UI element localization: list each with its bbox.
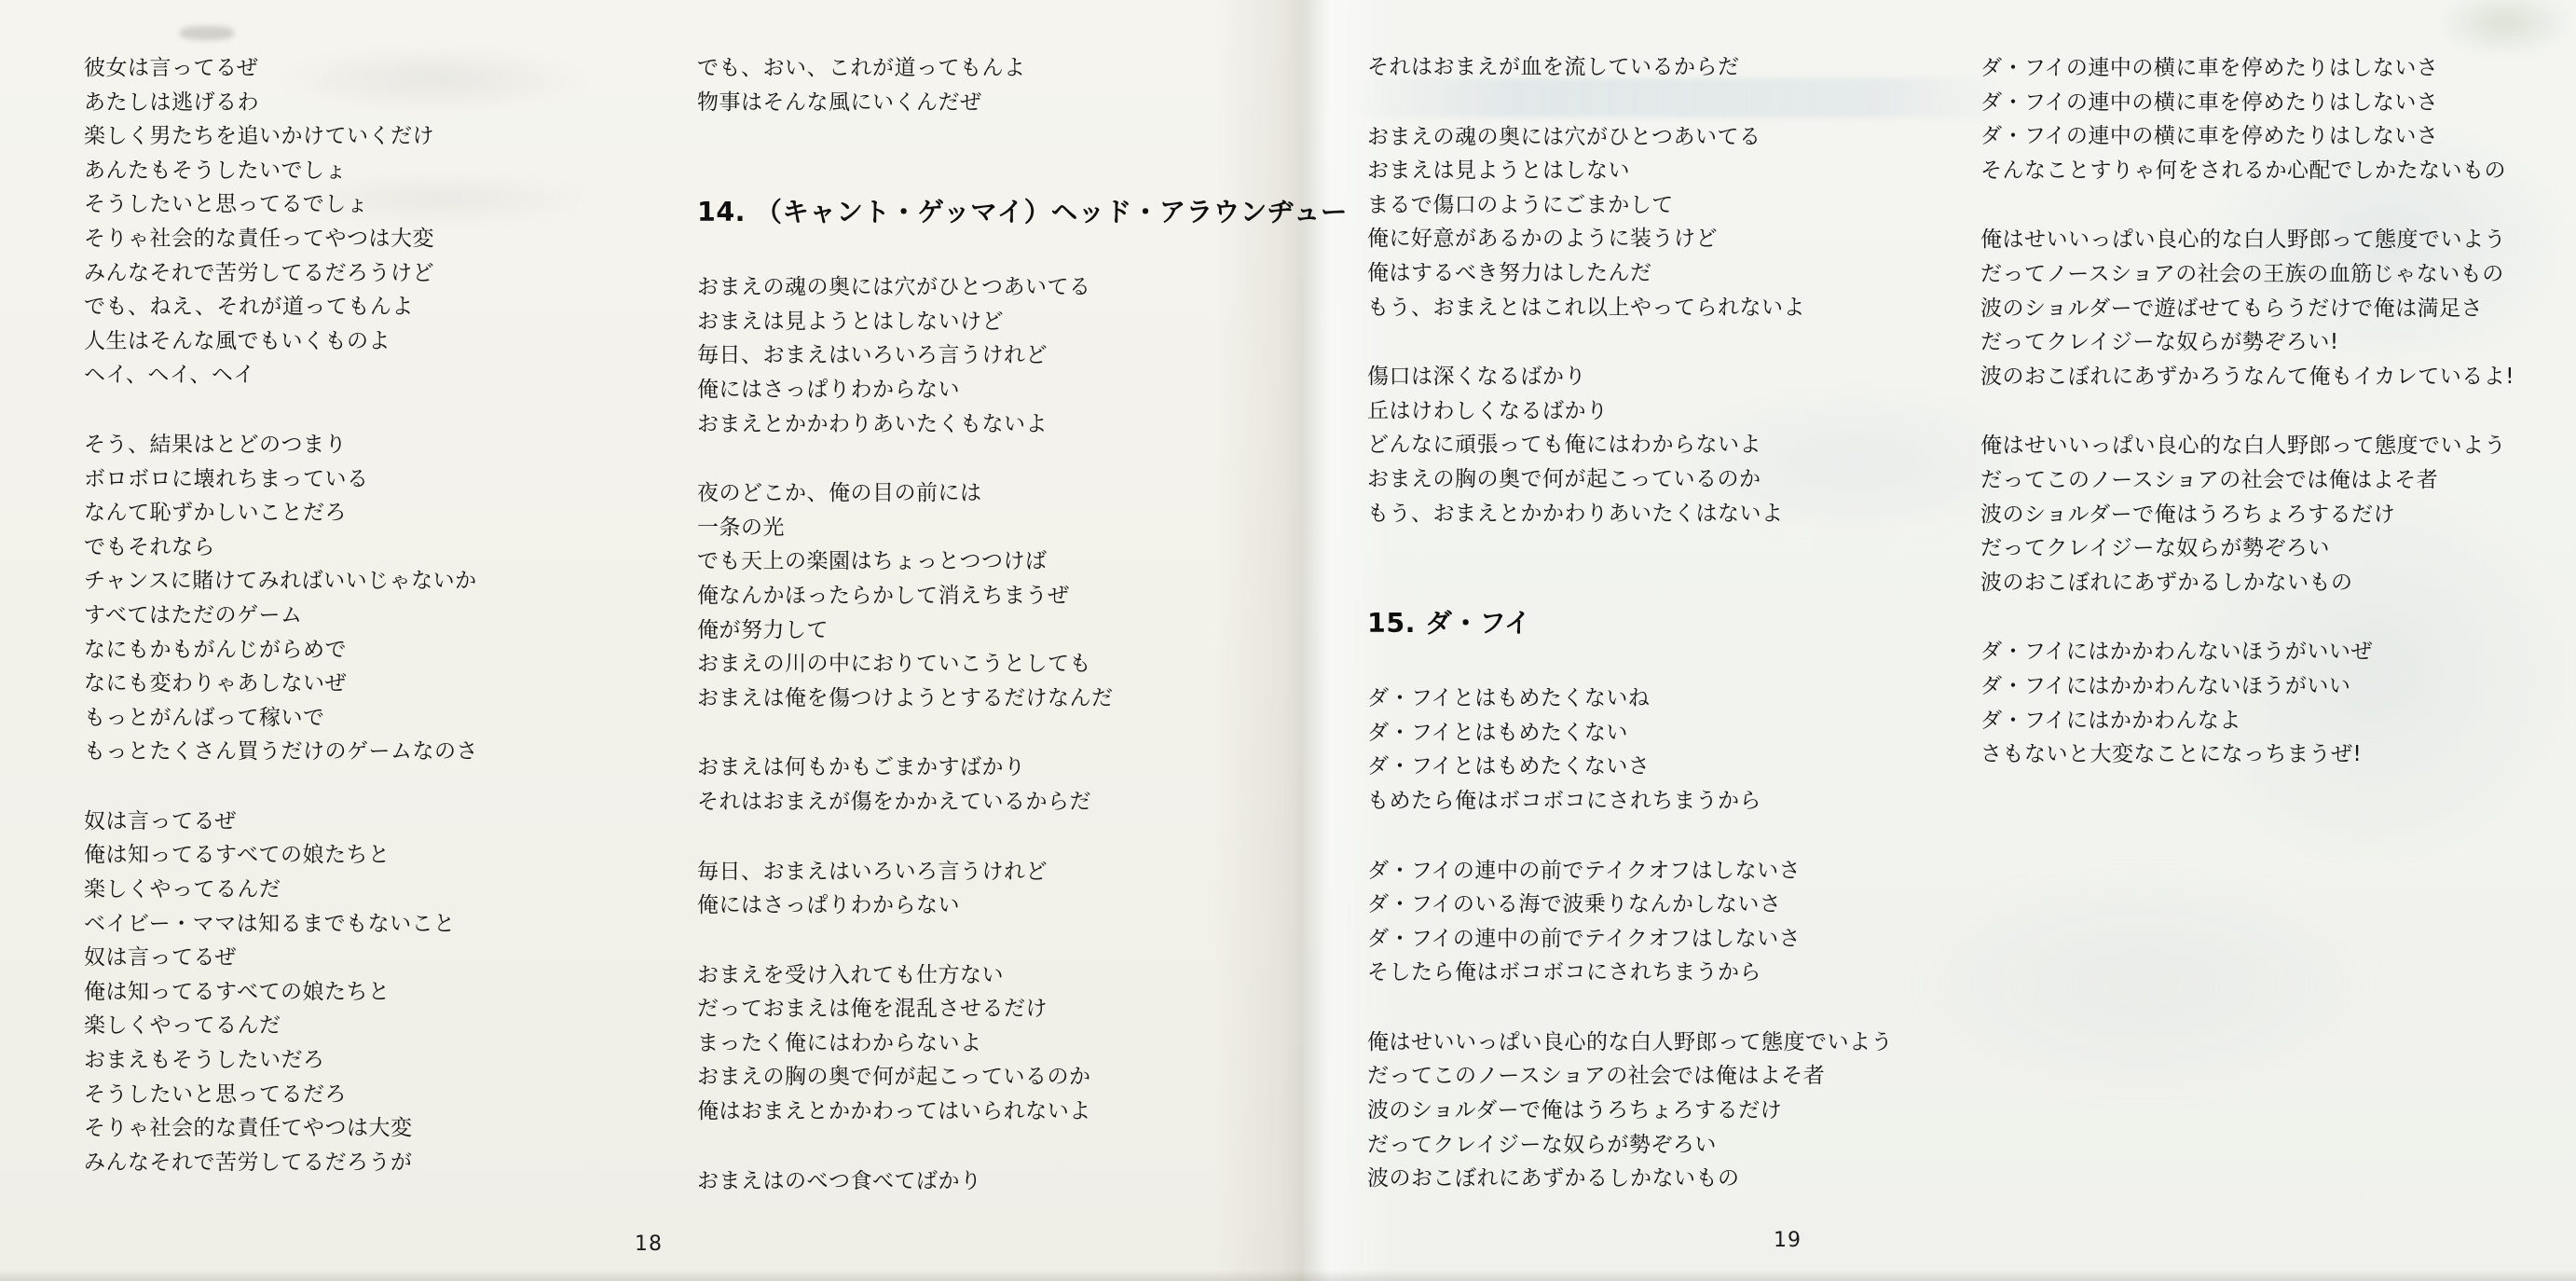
lyrics-column-3: それはおまえが血を流しているからだおまえの魂の奥には穴がひとつあいてるおまえは見… [1367,50,1893,1196]
lyric-line: 人生はそんな風でもいくものよ [84,324,478,359]
stanza: おまえの魂の奥には穴がひとつあいてるおまえは見ようとはしないまるで傷口のようにご… [1367,120,1893,325]
lyric-line: どんなに頑張っても俺にはわからないよ [1367,428,1893,462]
stanza: 毎日、おまえはいろいろ言うけれど俺にはさっぱりわからない [697,855,1348,923]
lyric-line: おまえは何もかもごまかすばかり [697,751,1348,785]
stanza: 夜のどこか、俺の目の前には一条の光でも天上の楽園はちょっとつつけば俺なんかほった… [697,476,1348,715]
lyric-line: そりゃ社会的な責任てやつは大変 [84,1111,478,1146]
lyric-line: 波のおこぼれにあずかるしかないもの [1980,566,2514,600]
lyric-line: だってクレイジーな奴らが勢ぞろい [1980,531,2514,566]
lyric-line: 波のショルダーで俺はうろちょろするだけ [1367,1094,1893,1128]
lyric-line: 波のおこぼれにあずかるしかないもの [1367,1162,1893,1196]
lyric-line: だってこのノースショアの社会では俺はよそ者 [1367,1059,1893,1094]
lyric-line: ダ・フイにはかかわんないほうがいいぜ [1980,635,2514,669]
lyric-line: 一条の光 [697,511,1348,545]
lyric-line: もう、おまえとかかわりあいたくはないよ [1367,497,1893,531]
lyric-line: なにもかもがんじがらめで [84,633,478,668]
lyric-line: でも、ねえ、それが道ってもんよ [84,290,478,324]
lyric-line: 俺はせいいっぱい良心的な白人野郎って態度でいよう [1367,1026,1893,1060]
lyric-line: すべてはただのゲーム [84,599,478,633]
lyric-line: ダ・フイのいる海で波乗りなんかしないさ [1367,888,1893,922]
lyric-line: でも、おい、これが道ってもんよ [697,51,1348,86]
lyric-line: そんなことすりゃ何をされるか心配でしかたないもの [1980,154,2514,188]
stanza: それはおまえが血を流しているからだ [1367,50,1893,85]
stanza: 彼女は言ってるぜあたしは逃げるわ楽しく男たちを追いかけていくだけあんたもそうした… [84,51,478,393]
lyric-line: 楽しく男たちを追いかけていくだけ [84,119,478,154]
lyric-line: そしたら俺はボコボコにされちまうから [1367,956,1893,990]
lyric-line: まるで傷口のようにごまかして [1367,188,1893,223]
lyric-line: なんて恥ずかしいことだろ [84,496,478,530]
lyric-line: 毎日、おまえはいろいろ言うけれど [697,338,1348,373]
lyric-line: 俺が努力して [697,613,1348,648]
stanza: おまえを受け入れても仕方ないだっておまえは俺を混乱させるだけまったく俺にはわから… [697,958,1348,1129]
stanza: 奴は言ってるぜ俺は知ってるすべての娘たちと楽しくやってるんだベイビー・ママは知る… [84,805,478,1180]
lyric-line: 俺なんかほったらかして消えちまうぜ [697,579,1348,613]
lyric-line: 俺は知ってるすべての娘たちと [84,838,478,873]
lyric-line: ダ・フイの連中の横に車を停めたりはしないさ [1980,86,2514,120]
lyric-line: もめたら俺はボコボコにされちまうから [1367,784,1893,819]
lyric-line: そうしたいと思ってるだろ [84,1078,478,1112]
lyric-line: おまえはのべつ食べてばかり [697,1164,1348,1199]
lyric-line: そうしたいと思ってるでしょ [84,187,478,222]
lyric-line: おまえの川の中におりていこうとしても [697,647,1348,682]
lyric-line: 楽しくやってるんだ [84,1009,478,1043]
stanza: おまえはのべつ食べてばかり [697,1164,1348,1199]
lyric-line: もう、おまえとはこれ以上やってられないよ [1367,291,1893,325]
stanza: 傷口は深くなるばかり丘はけわしくなるばかりどんなに頑張っても俺にはわからないよお… [1367,360,1893,530]
booklet-spread: { "left_page": { "page_number": "18", "c… [0,0,2576,1281]
lyric-line: まったく俺にはわからないよ [697,1026,1348,1061]
lyric-line: だっておまえは俺を混乱させるだけ [697,992,1348,1026]
lyric-line: 奴は言ってるぜ [84,805,478,839]
lyric-line: だってクレイジーな奴らが勢ぞろい! [1980,325,2514,360]
lyrics-column-1: 彼女は言ってるぜあたしは逃げるわ楽しく男たちを追いかけていくだけあんたもそうした… [84,51,478,1179]
lyric-line: ダ・フイにはかかわんなよ [1980,704,2514,738]
stanza: でも、おい、これが道ってもんよ物事はそんな風にいくんだぜ [697,51,1348,119]
lyric-line: 俺はするべき努力はしたんだ [1367,256,1893,291]
lyric-line: 奴は言ってるぜ [84,941,478,975]
stanza: 俺はせいいっぱい良心的な白人野郎って態度でいようだってこのノースショアの社会では… [1980,429,2514,599]
lyric-line: なにも変わりゃあしないぜ [84,667,478,701]
lyric-line: ダ・フイとはもめたくないね [1367,682,1893,716]
lyric-line: それはおまえが傷をかかえているからだ [697,785,1348,820]
lyric-line: おまえとかかわりあいたくもないよ [697,407,1348,442]
lyric-line: おまえは見ようとはしないけど [697,305,1348,339]
lyric-line: ダ・フイの連中の横に車を停めたりはしないさ [1980,119,2514,154]
lyric-line: 毎日、おまえはいろいろ言うけれど [697,855,1348,889]
lyric-line: だってクレイジーな奴らが勢ぞろい [1367,1128,1893,1163]
lyric-line: 俺は知ってるすべての娘たちと [84,975,478,1010]
lyric-line: おまえの胸の奥で何が起こっているのか [1367,462,1893,497]
lyric-line: さもないと大変なことになっちまうぜ! [1980,737,2514,772]
lyric-line: みんなそれで苦労してるだろうけど [84,256,478,291]
lyric-line: そりゃ社会的な責任ってやつは大変 [84,222,478,256]
lyric-line: チャンスに賭けてみればいいじゃないか [84,564,478,599]
lyric-line: 俺にはさっぱりわからない [697,888,1348,923]
lyric-line: ダ・フイとはもめたくない [1367,716,1893,751]
lyric-line: ダ・フイの連中の前でテイクオフはしないさ [1367,854,1893,888]
lyrics-column-4: ダ・フイの連中の横に車を停めたりはしないさダ・フイの連中の横に車を停めたりはしな… [1980,51,2514,772]
lyric-line: おまえの胸の奥で何が起こっているのか [697,1060,1348,1095]
lyrics-column-2: でも、おい、これが道ってもんよ物事はそんな風にいくんだぜ14. （キャント・ゲッ… [697,51,1348,1198]
lyric-line: あんたもそうしたいでしょ [84,154,478,188]
track-title: 14. （キャント・ゲッマイ）ヘッド・アラウンヂュー [697,194,1348,231]
lyric-line: 波のショルダーで俺はうろちょろするだけ [1980,498,2514,532]
lyric-line: ダ・フイとはもめたくないさ [1367,750,1893,784]
lyric-line: みんなそれで苦労してるだろうが [84,1146,478,1180]
lyric-line: あたしは逃げるわ [84,86,478,120]
lyric-line: もっとたくさん買うだけのゲームなのさ [84,735,478,769]
lyric-line: でも天上の楽園はちょっとつつけば [697,544,1348,579]
lyric-line: 彼女は言ってるぜ [84,51,478,86]
lyric-line: ヘイ、ヘイ、ヘイ [84,358,478,393]
lyric-line: 丘はけわしくなるばかり [1367,394,1893,429]
lyric-line: おまえは俺を傷つけようとするだけなんだ [697,682,1348,716]
stanza: おまえの魂の奥には穴がひとつあいてるおまえは見ようとはしないけど毎日、おまえはい… [697,270,1348,441]
stanza: 俺はせいいっぱい良心的な白人野郎って態度でいようだってこのノースショアの社会では… [1367,1026,1893,1196]
lyric-line: おまえは見ようとはしない [1367,154,1893,188]
lyric-line: それはおまえが血を流しているからだ [1367,50,1893,85]
lyric-line: 物事はそんな風にいくんだぜ [697,86,1348,120]
lyric-line: もっとがんばって稼いで [84,701,478,736]
lyric-line: ボロボロに壊れちまっている [84,462,478,497]
lyric-line: ダ・フイの連中の前でテイクオフはしないさ [1367,922,1893,957]
lyric-line: ダ・フイにはかかわんないほうがいい [1980,669,2514,704]
lyric-line: ベイビー・ママは知るまでもないこと [84,907,478,942]
lyric-line: 俺にはさっぱりわからない [697,373,1348,407]
lyric-line: でもそれなら [84,530,478,565]
track-title: 15. ダ・フイ [1367,605,1893,642]
page-number-right: 19 [1774,1229,1802,1252]
lyric-line: 俺はせいいっぱい良心的な白人野郎って態度でいよう [1980,429,2514,463]
lyric-line: 波のショルダーで遊ばせてもらうだけで俺は満足さ [1980,292,2514,326]
lyric-line: だってノースショアの社会の王族の血筋じゃないもの [1980,257,2514,292]
lyric-line: だってこのノースショアの社会では俺はよそ者 [1980,463,2514,498]
lyric-line: おまえもそうしたいだろ [84,1043,478,1078]
stanza: ダ・フイとはもめたくないねダ・フイとはもめたくないダ・フイとはもめたくないさもめ… [1367,682,1893,818]
stanza: ダ・フイの連中の前でテイクオフはしないさダ・フイのいる海で波乗りなんかしないさダ… [1367,854,1893,990]
stanza: ダ・フイにはかかわんないほうがいいぜダ・フイにはかかわんないほうがいいダ・フイに… [1980,635,2514,771]
lyric-line: 俺はおまえとかかわってはいられないよ [697,1095,1348,1129]
lyric-line: 夜のどこか、俺の目の前には [697,476,1348,511]
lyric-line: 楽しくやってるんだ [84,873,478,907]
stanza: そう、結果はとどのつまりボロボロに壊れちまっているなんて恥ずかしいことだろでもそ… [84,428,478,769]
lyric-line: ダ・フイの連中の横に車を停めたりはしないさ [1980,51,2514,86]
lyric-line: 俺はせいいっぱい良心的な白人野郎って態度でいよう [1980,223,2514,257]
lyric-line: おまえの魂の奥には穴がひとつあいてる [1367,120,1893,155]
stanza: ダ・フイの連中の横に車を停めたりはしないさダ・フイの連中の横に車を停めたりはしな… [1980,51,2514,187]
lyric-line: そう、結果はとどのつまり [84,428,478,462]
lyric-line: 俺に好意があるかのように装うけど [1367,222,1893,256]
lyric-line: 傷口は深くなるばかり [1367,360,1893,394]
stanza: おまえは何もかもごまかすばかりそれはおまえが傷をかかえているからだ [697,751,1348,819]
lyric-line: おまえの魂の奥には穴がひとつあいてる [697,270,1348,305]
lyric-line: おまえを受け入れても仕方ない [697,958,1348,993]
page-number-left: 18 [635,1233,663,1256]
stanza: 俺はせいいっぱい良心的な白人野郎って態度でいようだってノースショアの社会の王族の… [1980,223,2514,393]
lyric-line: 波のおこぼれにあずかろうなんて俺もイカレているよ! [1980,360,2514,394]
